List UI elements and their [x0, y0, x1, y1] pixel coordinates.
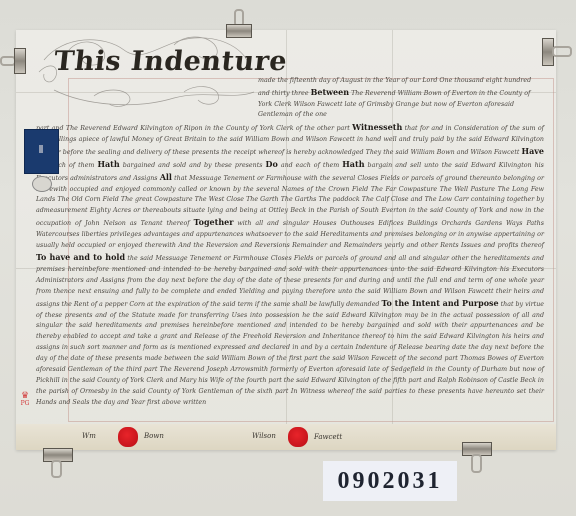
signature-first-name: Wm — [82, 432, 96, 440]
signature-first-name: Wilson — [252, 432, 276, 440]
wax-seal-icon — [118, 427, 138, 447]
deed-body-text: part and The Reverend Edward Kilvington … — [36, 122, 544, 409]
red-crown-stamp-icon: ♛ PG — [18, 392, 32, 422]
indenture-document: This Indenture made the fifteenth day of… — [16, 30, 556, 450]
blue-revenue-stamp-icon — [24, 129, 59, 174]
intro-text: made the fifteenth day of August in the … — [258, 76, 544, 121]
catalog-reference-number: 0902031 — [323, 461, 457, 501]
document-title: This Indenture — [52, 46, 288, 77]
wax-seal-icon — [288, 427, 308, 447]
signature-surname: Fawcett — [314, 433, 342, 441]
keyword-between: Between — [311, 87, 349, 97]
keyword-witnesseth: Witnesseth — [352, 122, 402, 132]
signature-surname: Bown — [144, 432, 164, 440]
embossed-seal-icon — [32, 176, 52, 192]
